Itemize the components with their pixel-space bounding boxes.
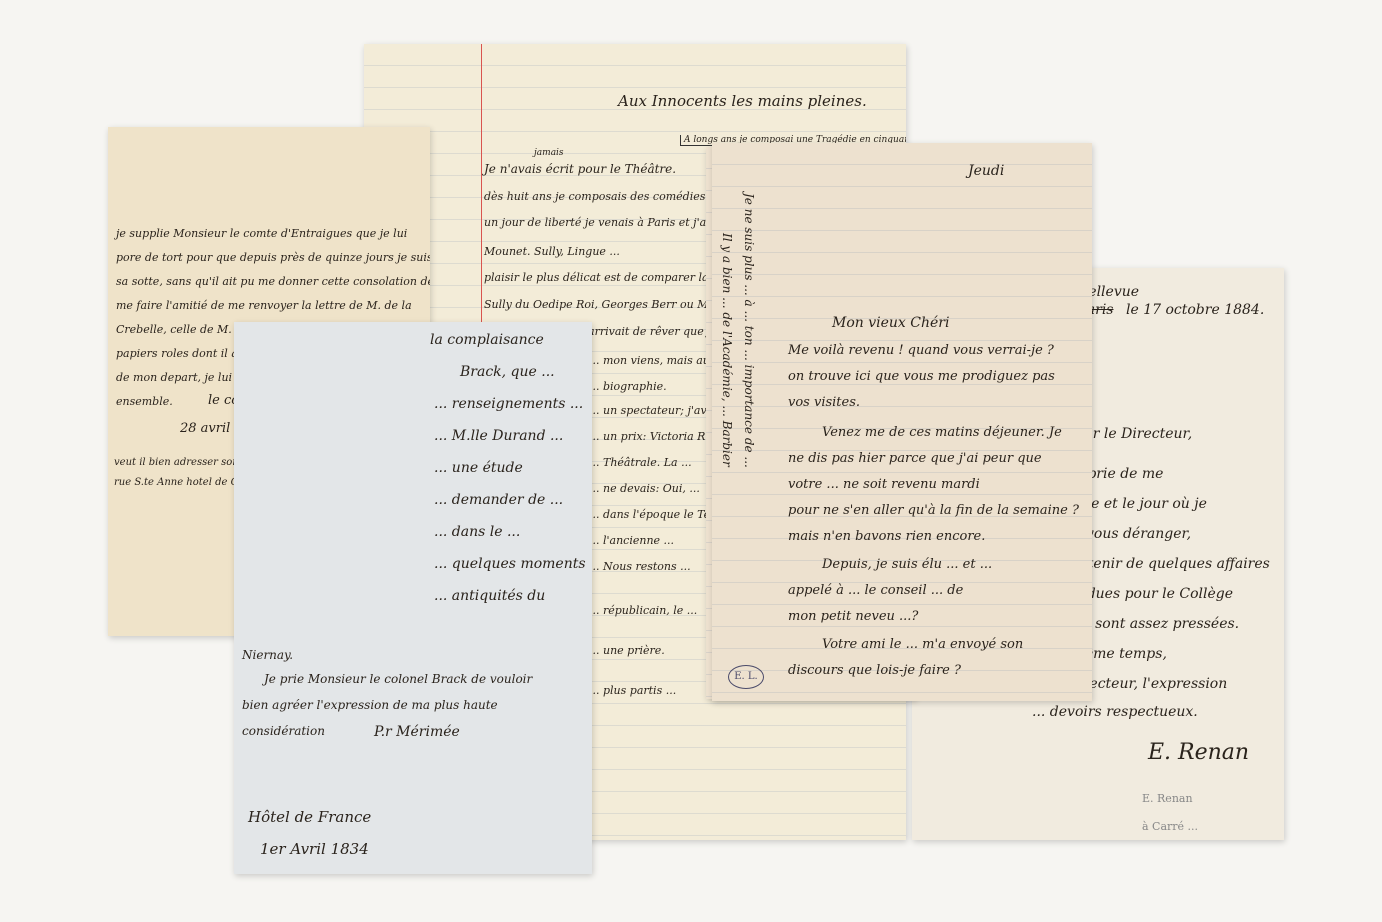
photo-background: { "scene": { "description": "Photograph … xyxy=(0,0,1382,922)
manuscript-line: ... Nous restons ... xyxy=(589,560,691,573)
merimee-signature: P.r Mérimée xyxy=(374,724,460,740)
margin-vertical-note: Il y a bien ... de l'Académie, ... Barbi… xyxy=(720,233,734,467)
letter-line: appelé à ... le conseil ... de xyxy=(788,583,963,598)
letter-line: ne dis pas hier parce que j'ai peur que xyxy=(788,451,1042,466)
manuscript-line: ... une prière. xyxy=(589,644,665,657)
merimee-line: considération xyxy=(242,724,325,738)
letter-line: on trouve ici que vous me prodiguez pas xyxy=(788,369,1055,384)
mirabeau-line: me faire l'amitié de me renvoyer la lett… xyxy=(116,299,412,312)
merimee-line: Je prie Monsieur le colonel Brack de vou… xyxy=(264,672,532,686)
letter-mon-vieux-cheri-page: Jeudi Mon vieux Chéri Me voilà revenu ! … xyxy=(712,143,1092,701)
merimee-line: Niernay. xyxy=(242,648,293,662)
manuscript-line: jamais xyxy=(534,148,564,158)
letter-line: Depuis, je suis élu ... et ... xyxy=(822,557,992,572)
renan-pencil-note: à Carré ... xyxy=(1142,820,1198,833)
manuscript-line: plaisir le plus délicat est de comparer … xyxy=(484,271,723,284)
letter-merimee: la complaisance Brack, que ... ... rense… xyxy=(234,322,592,874)
manuscript-line: Mounet. Sully, Lingue ... xyxy=(484,245,620,258)
merimee-line: bien agréer l'expression de ma plus haut… xyxy=(242,698,498,712)
letter-line: pour ne s'en aller qu'à la fin de la sem… xyxy=(788,503,1079,518)
renan-line: ... devoirs respectueux. xyxy=(1032,704,1198,720)
letter-line: discours que lois-je faire ? xyxy=(788,663,961,678)
merimee-line: ... renseignements ... xyxy=(434,396,583,412)
merimee-line: la complaisance xyxy=(430,332,544,348)
renan-date: le 17 octobre 1884. xyxy=(1126,302,1264,318)
mirabeau-line: sa sotte, sans qu'il ait pu me donner ce… xyxy=(116,275,430,288)
manuscript-line: ... l'ancienne ... xyxy=(589,534,674,547)
manuscript-line: ... plus partis ... xyxy=(589,684,676,697)
merimee-date: 1er Avril 1834 xyxy=(260,840,369,858)
letter-line: mon petit neveu ...? xyxy=(788,609,918,624)
mirabeau-line: pore de tort pour que depuis près de qui… xyxy=(116,251,430,264)
mirabeau-line: ensemble. xyxy=(116,395,173,408)
letter-line: vos visites. xyxy=(788,395,860,410)
manuscript-line: ... républicain, le ... xyxy=(589,604,697,617)
manuscript-line: ... Théâtrale. La ... xyxy=(589,456,692,469)
letter-line: Votre ami le ... m'a envoyé son xyxy=(822,637,1023,652)
letter-greeting: Mon vieux Chéri xyxy=(832,315,949,331)
letter-line: Me voilà revenu ! quand vous verrai-je ? xyxy=(788,343,1054,358)
merimee-line: ... demander de ... xyxy=(434,492,563,508)
manuscript-title: Aux Innocents les mains pleines. xyxy=(618,92,867,110)
renan-pencil-note: E. Renan xyxy=(1142,792,1193,805)
letter-header-note: Jeudi xyxy=(968,163,1004,179)
manuscript-line: ... ne devais: Oui, ... xyxy=(589,482,700,495)
collection-stamp: E. L. xyxy=(728,665,764,689)
letter-line: mais n'en bavons rien encore. xyxy=(788,529,985,544)
merimee-line: ... antiquités du xyxy=(434,588,545,604)
letter-line: Venez me de ces matins déjeuner. Je xyxy=(822,425,1062,440)
mirabeau-line: je supplie Monsieur le comte d'Entraigue… xyxy=(116,227,407,240)
renan-signature: E. Renan xyxy=(1148,740,1249,765)
manuscript-line: ... biographie. xyxy=(589,380,667,393)
merimee-line: ... dans le ... xyxy=(434,524,520,540)
manuscript-line: Je n'avais écrit pour le Théâtre. xyxy=(484,162,676,176)
merimee-line: ... une étude xyxy=(434,460,523,476)
manuscript-line: un jour de liberté je venais à Paris et … xyxy=(484,216,729,229)
merimee-line: Brack, que ... xyxy=(460,364,555,380)
merimee-line: ... quelques moments xyxy=(434,556,586,572)
merimee-line: ... M.lle Durand ... xyxy=(434,428,563,444)
margin-vertical-note: Je ne suis plus ... à ... ton ... import… xyxy=(742,193,756,468)
letter-line: votre ... ne soit revenu mardi xyxy=(788,477,980,492)
merimee-place: Hôtel de France xyxy=(248,808,371,826)
